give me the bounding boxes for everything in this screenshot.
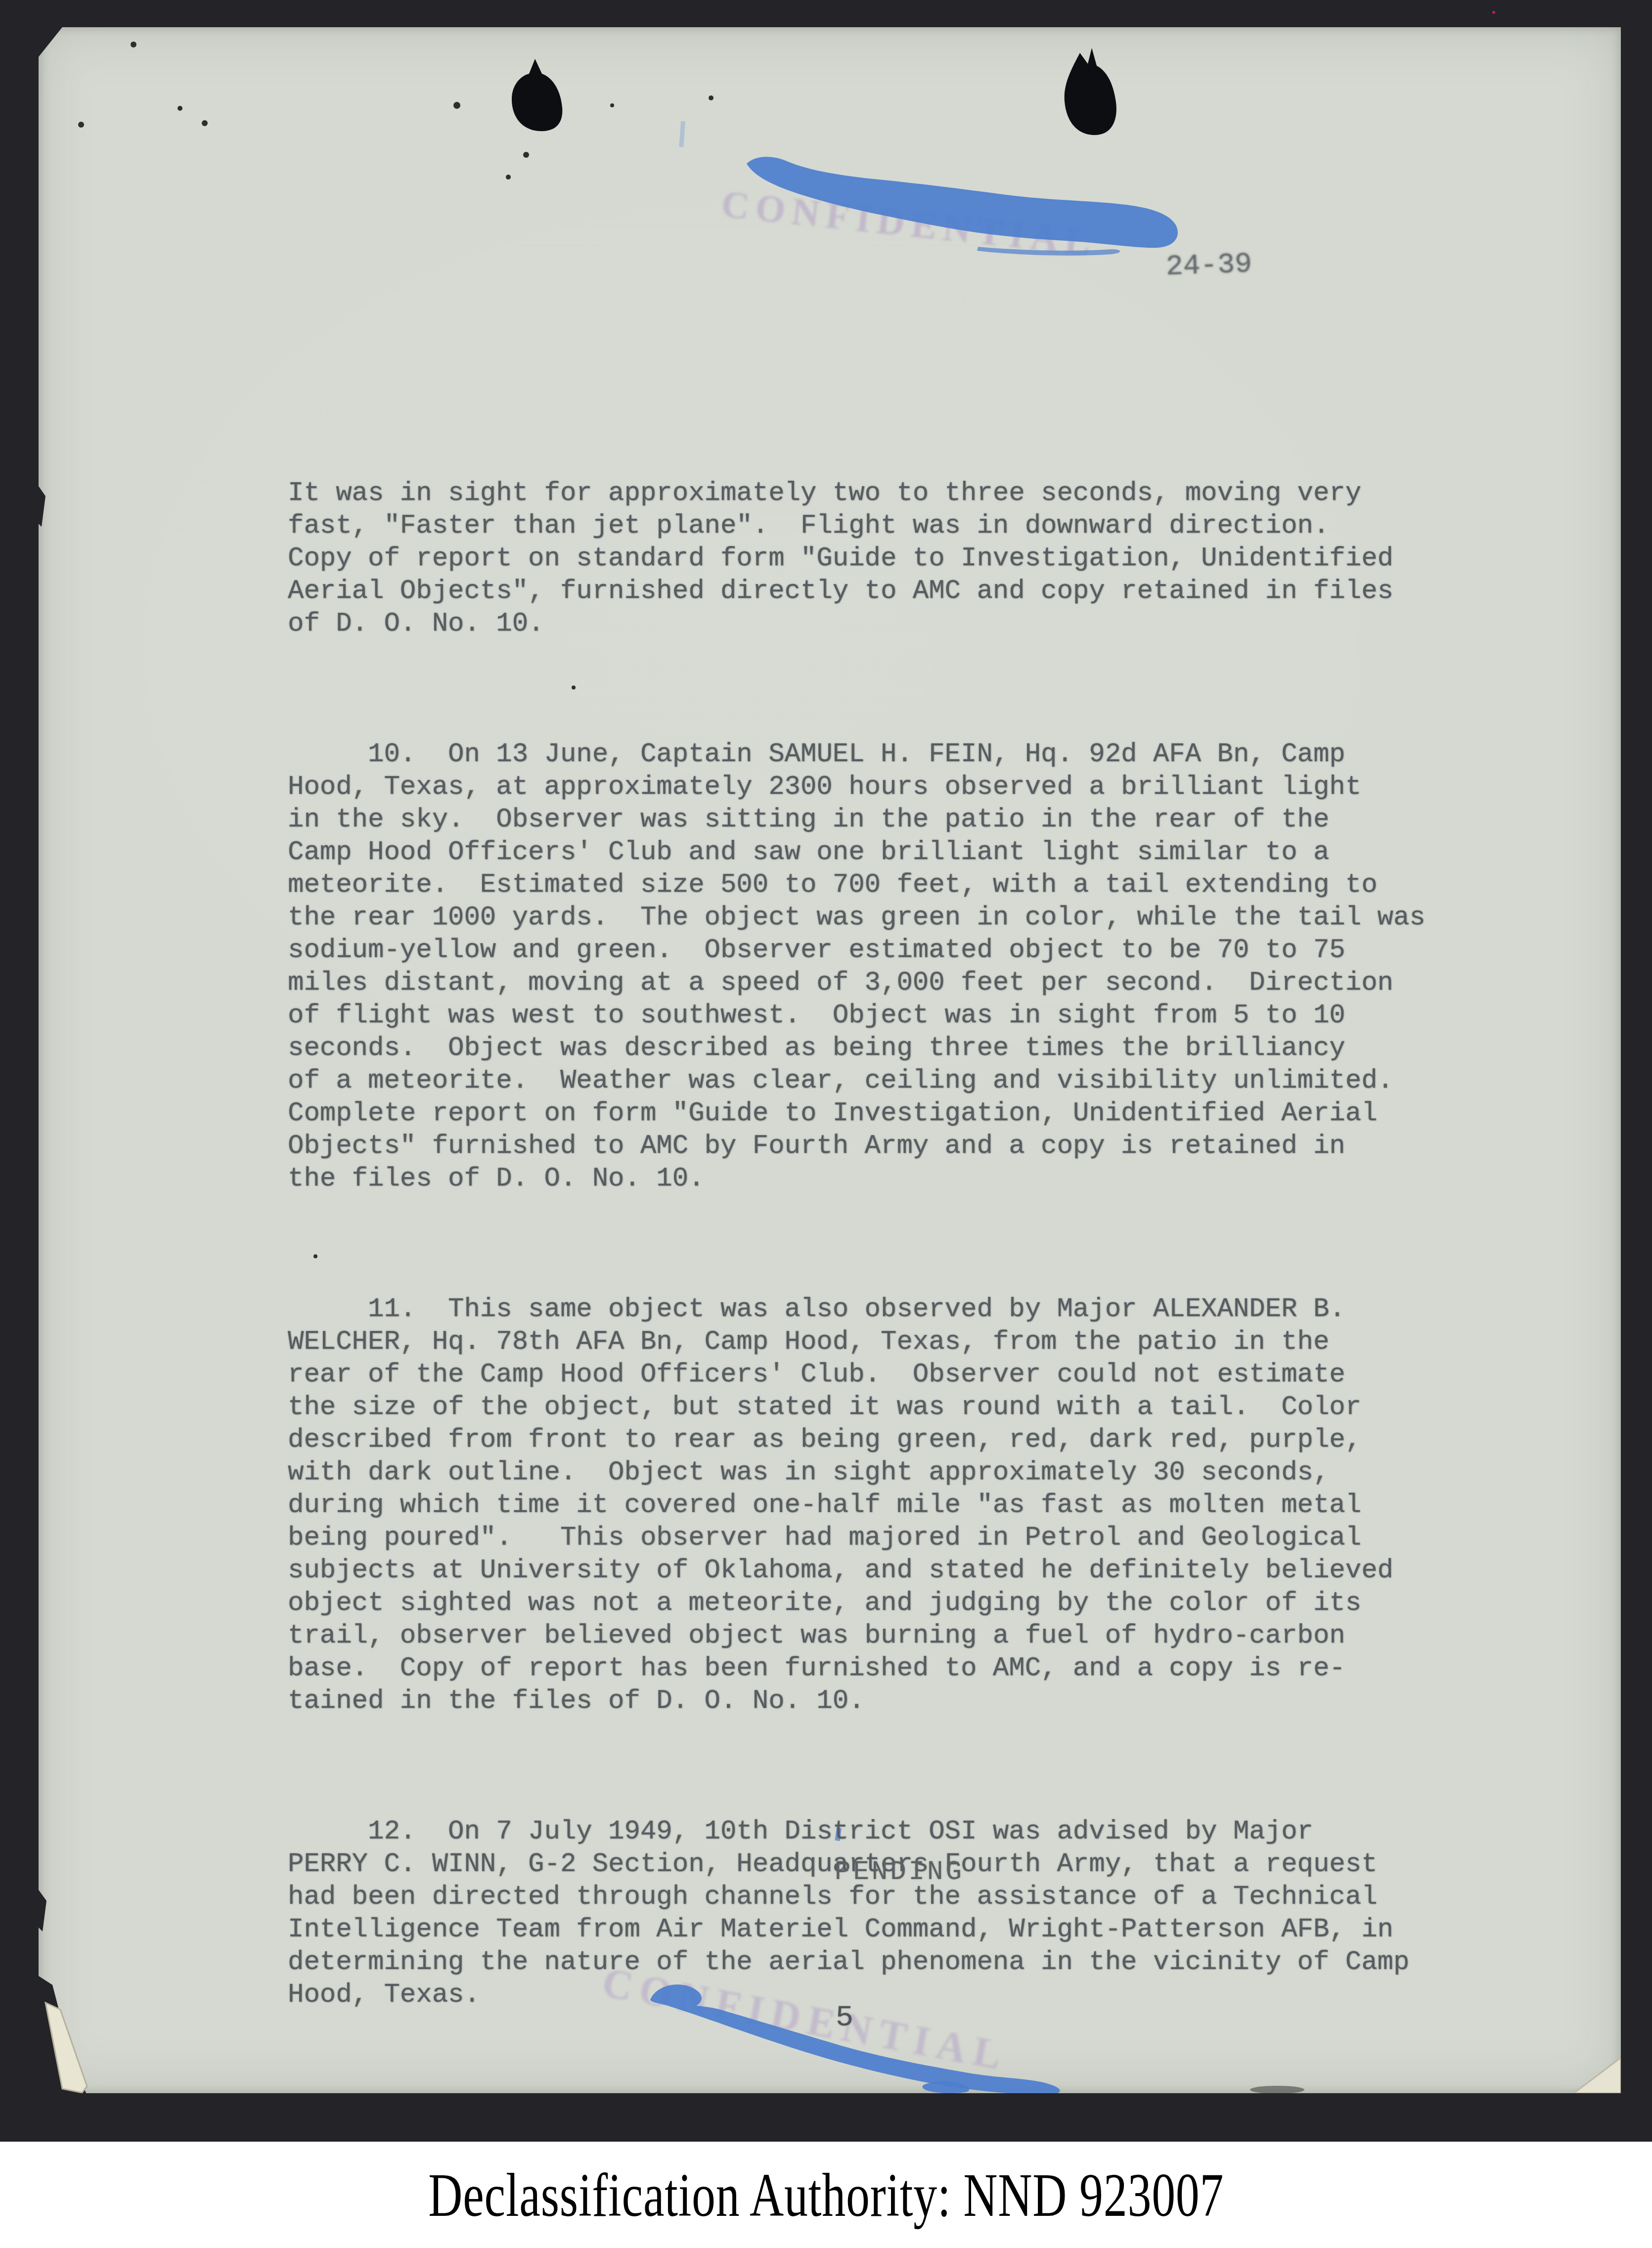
declassification-authority-text: Declassification Authority: NND 923007	[428, 2159, 1224, 2231]
punch-holes	[39, 27, 1621, 2093]
magenta-fleck	[1492, 11, 1495, 14]
scan-background: CONFIDENTIAL CONFIDENTIAL It was in sigh…	[0, 0, 1652, 2142]
punch-hole-left	[512, 59, 562, 131]
punch-hole-right	[1065, 48, 1116, 135]
declassification-footer: Declassification Authority: NND 923007	[0, 2142, 1652, 2248]
document-page: CONFIDENTIAL CONFIDENTIAL It was in sigh…	[39, 27, 1621, 2093]
